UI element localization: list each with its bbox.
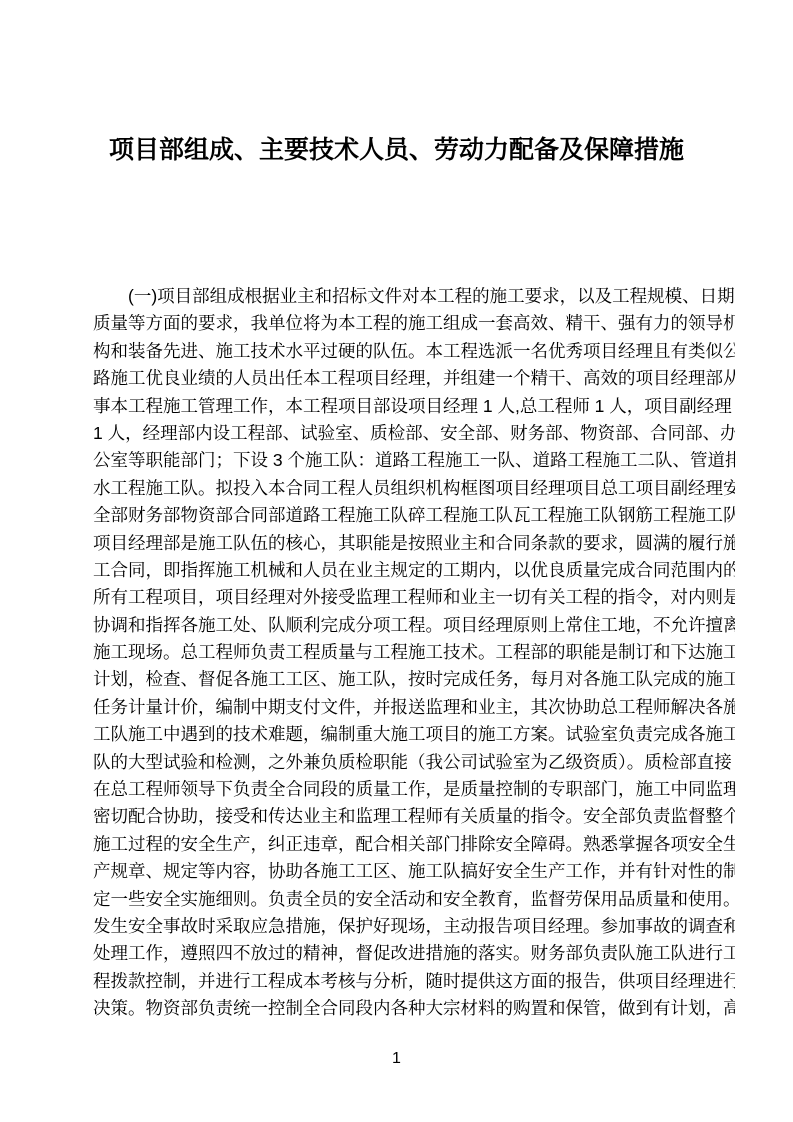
- paragraph-line: 任务计量计价，编制中期支付文件，并报送监理和业主，其次协助总工程师解决各施: [93, 694, 735, 721]
- paragraph-line: 公室等职能部门；下设 3 个施工队：道路工程施工一队、道路工程施工二队、管道排: [93, 447, 735, 474]
- paragraph-line: 工队施工中遇到的技术难题，编制重大施工项目的施工方案。试验室负责完成各施工: [93, 721, 735, 748]
- page-number: 1: [0, 1048, 793, 1070]
- paragraph-line: 协调和指挥各施工处、队顺利完成分项工程。项目经理原则上常住工地，不允许擅离: [93, 612, 735, 639]
- paragraph-line: 程拨款控制，并进行工程成本考核与分析，随时提供这方面的报告，供项目经理进行: [93, 968, 735, 995]
- paragraph-line: (一)项目部组成根据业主和招标文件对本工程的施工要求，以及工程规模、日期、: [93, 283, 735, 310]
- paragraph-line: 施工现场。总工程师负责工程质量与工程施工技术。工程部的职能是制订和下达施工: [93, 639, 735, 666]
- paragraph-line: 水工程施工队。拟投入本合同工程人员组织机构框图项目经理项目总工项目副经理安: [93, 475, 735, 502]
- paragraph-line: 项目经理部是施工队伍的核心，其职能是按照业主和合同条款的要求，圆满的履行施: [93, 530, 735, 557]
- paragraph-line: 产规章、规定等内容，协助各施工工区、施工队搞好安全生产工作，并有针对性的制: [93, 858, 735, 885]
- paragraph-line: 质量等方面的要求，我单位将为本工程的施工组成一套高效、精干、强有力的领导机: [93, 310, 735, 337]
- paragraph-line: 队的大型试验和检测，之外兼负质检职能（我公司试验室为乙级资质）。质检部直接: [93, 749, 735, 776]
- paragraph-line: 所有工程项目，项目经理对外接受监理工程师和业主一切有关工程的指令，对内则是: [93, 584, 735, 611]
- paragraph-line: 计划，检查、督促各施工工区、施工队，按时完成任务，每月对各施工队完成的施工: [93, 666, 735, 693]
- paragraph-line: 发生安全事故时采取应急措施，保护好现场，主动报告项目经理。参加事故的调查和: [93, 913, 735, 940]
- paragraph-line: 定一些安全实施细则。负责全员的安全活动和安全教育，监督劳保用品质量和使用。: [93, 886, 735, 913]
- paragraph-line: 密切配合协助，接受和传达业主和监理工程师有关质量的指令。安全部负责监督整个: [93, 803, 735, 830]
- paragraph-line: 路施工优良业绩的人员出任本工程项目经理，并组建一个精干、高效的项目经理部从: [93, 365, 735, 392]
- paragraph-line: 1 人，经理部内设工程部、试验室、质检部、安全部、财务部、物资部、合同部、办: [93, 420, 735, 447]
- paragraph-line: 在总工程师领导下负责全合同段的质量工作，是质量控制的专职部门，施工中同监理: [93, 776, 735, 803]
- paragraph-line: 处理工作，遵照四不放过的精神，督促改进措施的落实。财务部负责队施工队进行工: [93, 940, 735, 967]
- paragraph-line: 构和装备先进、施工技术水平过硬的队伍。本工程选派一名优秀项目经理且有类似公: [93, 338, 735, 365]
- paragraph-line: 决策。物资部负责统一控制全合同段内各种大宗材料的购置和保管，做到有计划，高: [93, 995, 735, 1022]
- document-page: 项目部组成、主要技术人员、劳动力配备及保障措施 (一)项目部组成根据业主和招标文…: [0, 0, 793, 1122]
- document-title: 项目部组成、主要技术人员、劳动力配备及保障措施: [0, 133, 793, 167]
- paragraph-line: 工合同，即指挥施工机械和人员在业主规定的工期内，以优良质量完成合同范围内的: [93, 557, 735, 584]
- paragraph-line: 全部财务部物资部合同部道路工程施工队碎工程施工队瓦工程施工队钢筋工程施工队: [93, 502, 735, 529]
- paragraph-line: 施工过程的安全生产，纠正违章，配合相关部门排除安全障碍。熟悉掌握各项安全生: [93, 831, 735, 858]
- body-paragraph: (一)项目部组成根据业主和招标文件对本工程的施工要求，以及工程规模、日期、质量等…: [93, 283, 735, 1023]
- paragraph-line: 事本工程施工管理工作，本工程项目部设项目经理 1 人,总工程师 1 人，项目副经…: [93, 393, 735, 420]
